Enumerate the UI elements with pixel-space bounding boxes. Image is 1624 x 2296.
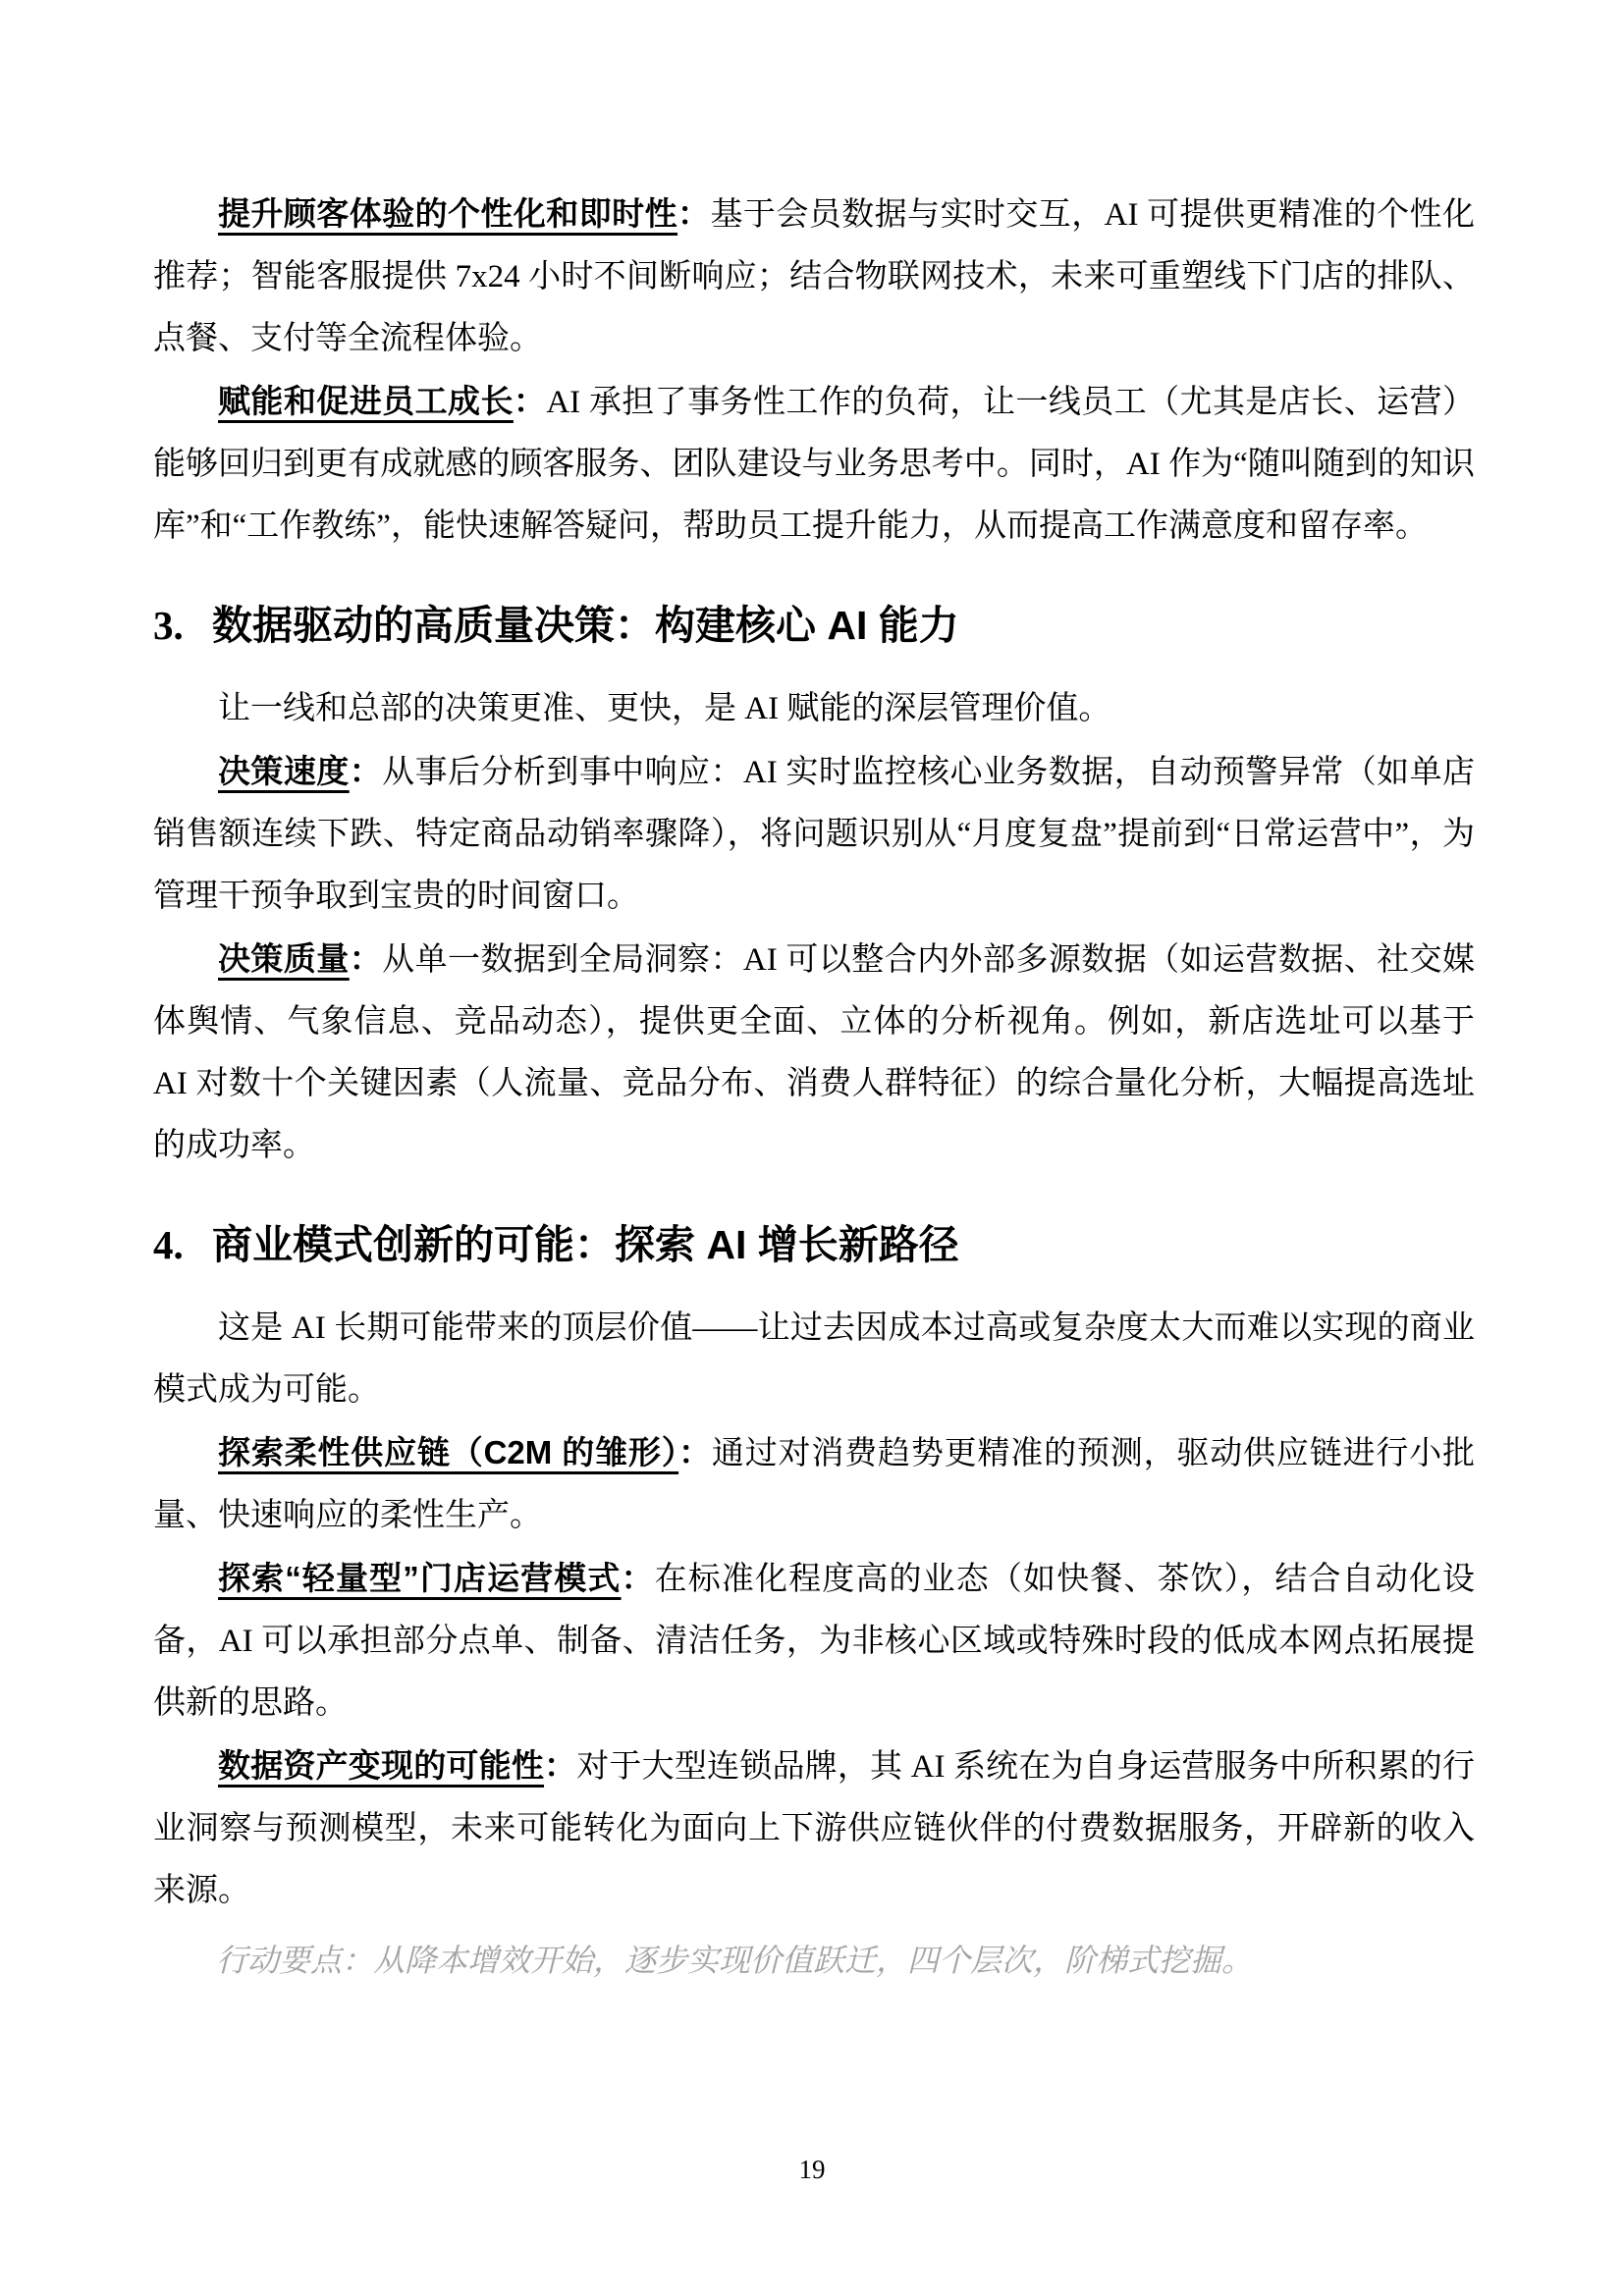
paragraph-lead-decision-speed: 决策速度 (218, 753, 350, 789)
section-title: 商业模式创新的可能：探索 AI 增长新路径 (212, 1222, 959, 1267)
paragraph-colon: ： (350, 753, 382, 789)
paragraph-light-store-model: 探索“轻量型”门店运营模式：在标准化程度高的业态（如快餐、茶饮），结合自动化设备… (153, 1547, 1475, 1735)
paragraph-colon: ： (514, 383, 546, 419)
paragraph-colon: ： (677, 195, 710, 232)
paragraph-decision-intro: 让一线和总部的决策更准、更快，是 AI 赋能的深层管理价值。 (153, 678, 1475, 740)
paragraph-colon: ： (622, 1560, 655, 1596)
paragraph-text: 这是 AI 长期可能带来的顶层价值——让过去因成本过高或复杂度太大而难以实现的商… (153, 1310, 1475, 1408)
document-page: 提升顾客体验的个性化和即时性：基于会员数据与实时交互，AI 可提供更精准的个性化… (0, 0, 1624, 2296)
action-note-text: 行动要点：从降本增效开始，逐步实现价值跃迁，四个层次，阶梯式挖掘。 (216, 1943, 1253, 1978)
paragraph-colon: ： (678, 1434, 712, 1470)
paragraph-decision-quality: 决策质量：从单一数据到全局洞察：AI 可以整合内外部多源数据（如运营数据、社交媒… (153, 928, 1475, 1177)
paragraph-lead-data-monetization: 数据资产变现的可能性 (218, 1747, 544, 1784)
section-heading-4: 4.商业模式创新的可能：探索 AI 增长新路径 (153, 1218, 1475, 1272)
section-title: 数据驱动的高质量决策：构建核心 AI 能力 (212, 603, 959, 648)
section-number: 4. (153, 1218, 212, 1272)
paragraph-colon: ： (544, 1747, 576, 1784)
paragraph-colon: ： (350, 940, 382, 977)
paragraph-employee-growth: 赋能和促进员工成长：AI 承担了事务性工作的负荷，让一线员工（尤其是店长、运营）… (153, 370, 1475, 558)
paragraph-lead-c2m: 探索柔性供应链（C2M 的雏形） (218, 1434, 678, 1470)
paragraph-lead-light-store: 探索“轻量型”门店运营模式 (218, 1560, 622, 1596)
paragraph-decision-speed: 决策速度：从事后分析到事中响应：AI 实时监控核心业务数据，自动预警异常（如单店… (153, 740, 1475, 928)
page-number: 19 (0, 2153, 1624, 2186)
paragraph-c2m-supply-chain: 探索柔性供应链（C2M 的雏形）：通过对消费趋势更精准的预测，驱动供应链进行小批… (153, 1421, 1475, 1547)
paragraph-lead-employee-growth: 赋能和促进员工成长 (218, 383, 514, 419)
paragraph-text: 让一线和总部的决策更准、更快，是 AI 赋能的深层管理价值。 (218, 691, 1110, 726)
paragraph-business-model-intro: 这是 AI 长期可能带来的顶层价值——让过去因成本过高或复杂度太大而难以实现的商… (153, 1298, 1475, 1421)
section-heading-3: 3.数据驱动的高质量决策：构建核心 AI 能力 (153, 599, 1475, 653)
paragraph-lead-decision-quality: 决策质量 (218, 940, 350, 977)
document-body: 提升顾客体验的个性化和即时性：基于会员数据与实时交互，AI 可提供更精准的个性化… (153, 183, 1475, 1992)
section-number: 3. (153, 599, 212, 653)
paragraph-customer-experience: 提升顾客体验的个性化和即时性：基于会员数据与实时交互，AI 可提供更精准的个性化… (153, 183, 1475, 370)
paragraph-data-monetization: 数据资产变现的可能性：对于大型连锁品牌，其 AI 系统在为自身运营服务中所积累的… (153, 1735, 1475, 1922)
action-note: 行动要点：从降本增效开始，逐步实现价值跃迁，四个层次，阶梯式挖掘。 (153, 1930, 1475, 1992)
paragraph-lead-customer-experience: 提升顾客体验的个性化和即时性 (218, 195, 677, 232)
